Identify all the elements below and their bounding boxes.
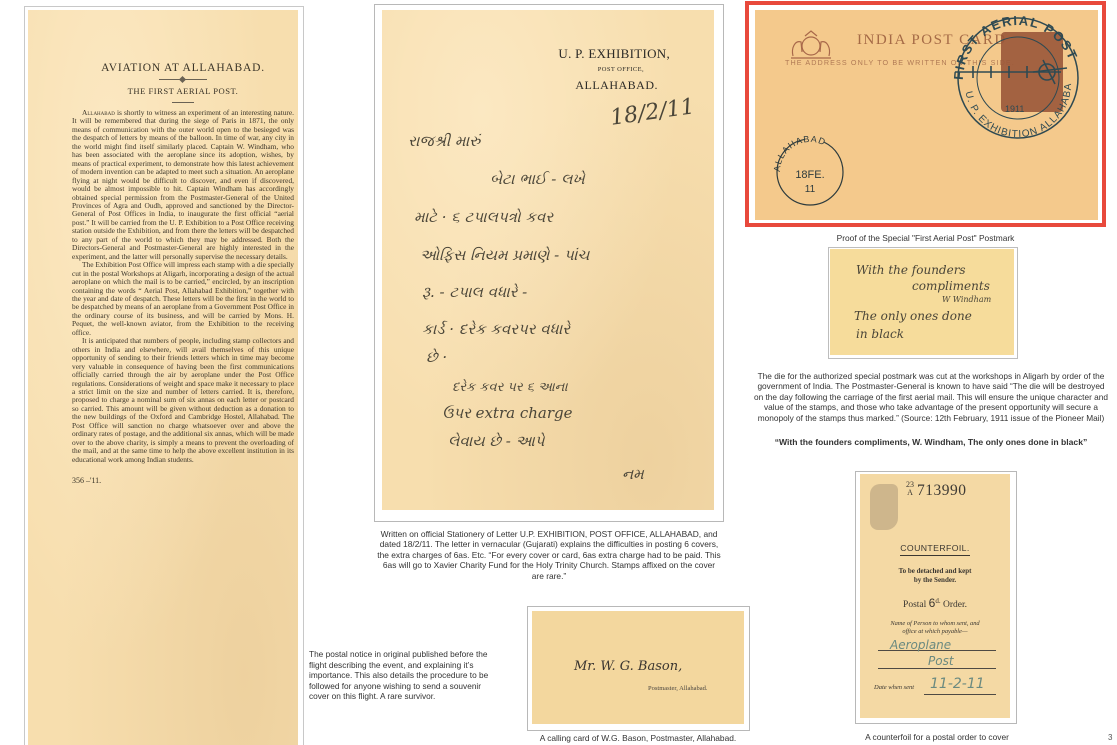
payee-label: Name of Person to whom sent, and office … <box>860 620 1010 636</box>
handwritten-line: ઉપર extra charge <box>442 404 573 422</box>
handwritten-line: દરેક કવર પર ૬ આના <box>452 380 568 395</box>
calling-card-title: Postmaster, Allahabad. <box>648 685 708 692</box>
handwritten-line: છે · <box>426 348 447 366</box>
royal-coat-of-arms-icon <box>785 28 837 62</box>
handwritten-line: કાર્ડ · દરેક કવરપર વધારે <box>422 320 570 338</box>
handwritten-signature: નમ <box>622 465 644 483</box>
postal-order-value: Postal 6d. Order. <box>860 596 1010 610</box>
page-number: 3 <box>1108 733 1112 742</box>
inscription-caption: The die for the authorized special postm… <box>752 371 1110 423</box>
svg-text:FIRST AERIAL POST: FIRST AERIAL POST <box>951 13 1081 80</box>
clipping-paragraph: It is anticipated that numbers of people… <box>72 337 294 464</box>
inscription-line: The only ones done <box>854 309 972 323</box>
svg-text:1911: 1911 <box>1005 104 1024 114</box>
paper-stain <box>870 484 898 530</box>
clipping-headline: AVIATION AT ALLAHABAD. <box>72 62 294 74</box>
handwritten-line: બેટા ભાઈ - લખે <box>490 170 585 188</box>
exhibition-letter: U. P. EXHIBITION, POST OFFICE, ALLAHABAD… <box>382 10 714 510</box>
inscription-quote: “With the founders compliments, W. Windh… <box>752 437 1110 448</box>
handwritten-line: રૂ. - ટપાલ વધારે - <box>422 283 527 301</box>
letter-caption: Written on official Stationery of Letter… <box>376 529 722 581</box>
handwritten-line: લેવાય છે - આપે <box>448 432 544 450</box>
inscription-line: compliments <box>912 279 990 293</box>
date-line <box>924 694 996 695</box>
calling-card-name: Mr. W. G. Bason, <box>574 659 682 674</box>
date-sent-label: Date when sent <box>874 684 914 691</box>
clipping-paragraph: Allahabad is shortly to witness an exper… <box>72 109 294 261</box>
counterfoil-caption: A counterfoil for a postal order to cove… <box>852 732 1022 743</box>
allahabad-postmark-icon: ALLAHABAD 18FE. 11 <box>771 134 849 208</box>
handwritten-line: રાજશ્રી મારું <box>408 132 480 150</box>
handwritten-payee: Post <box>928 654 954 668</box>
handwritten-line: ઓફિસ નિયમ પ્રમાણે - પાંચ <box>420 246 589 264</box>
clipping-caption: The postal notice in original published … <box>309 649 489 702</box>
svg-text:11: 11 <box>805 184 816 195</box>
handwritten-line: માટે · ૬ ટપાલપત્રો કવર <box>414 208 553 226</box>
postal-order-counterfoil: 23A 713990 COUNTERFOIL. To be detached a… <box>860 474 1010 718</box>
inscription-line: in black <box>856 327 904 341</box>
clipping-paragraph: The Exhibition Post Office will impress … <box>72 261 294 337</box>
counterfoil-heading: COUNTERFOIL. <box>860 543 1010 553</box>
clipping-body: Allahabad is shortly to witness an exper… <box>72 109 294 464</box>
payee-line <box>878 668 996 669</box>
detach-instruction: To be detached and kept by the Sender. <box>860 567 1010 584</box>
newspaper-clipping: AVIATION AT ALLAHABAD. THE FIRST AERIAL … <box>28 10 298 745</box>
india-postcard: INDIA POST CARD THE ADDRESS ONLY TO BE W… <box>755 10 1098 220</box>
handwritten-inscription-card: With the founders compliments W Windham … <box>830 249 1014 355</box>
short-divider <box>172 102 194 103</box>
handwritten-date: 11-2-11 <box>930 676 985 692</box>
svg-text:ALLAHABAD: ALLAHABAD <box>772 134 828 172</box>
letterhead-city: ALLAHABAD. <box>575 78 658 93</box>
inscription-line: With the founders <box>856 263 966 277</box>
calling-card: Mr. W. G. Bason, Postmaster, Allahabad. <box>532 611 744 724</box>
inscription-signature: W Windham <box>942 295 991 304</box>
svg-text:18FE.: 18FE. <box>795 169 824 181</box>
clipping-reference-number: 356 –'11. <box>72 476 294 485</box>
clipping-subhead: THE FIRST AERIAL POST. <box>72 86 294 96</box>
postcard-caption: Proof of the Special "First Aerial Post"… <box>745 233 1106 244</box>
counterfoil-serial: 23A 713990 <box>904 482 967 500</box>
handwritten-payee: Aeroplane <box>890 638 951 652</box>
letterhead-title: U. P. EXHIBITION, <box>558 46 670 62</box>
handwritten-date: 18/2/11 <box>609 94 696 131</box>
calling-card-caption: A calling card of W.G. Bason, Postmaster… <box>527 733 749 744</box>
letterhead-subtitle: POST OFFICE, <box>598 66 644 73</box>
ornament-divider <box>159 79 207 80</box>
first-aerial-post-cancellation-icon: FIRST AERIAL POST U. P. EXHIBITION ALLAH… <box>943 12 1093 142</box>
